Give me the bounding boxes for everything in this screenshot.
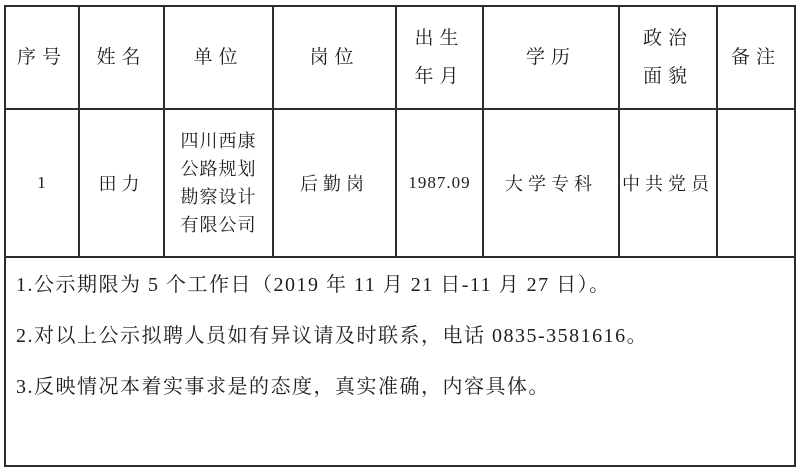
table-row: 1 田力 四川西康 公路规划 勘察设计 有限公司 后勤岗 1987.09 大学专…	[5, 109, 795, 257]
table-header-row: 序号 姓名 单位 岗位 出生 年月 学历 政治 面貌 备注	[5, 6, 795, 109]
cell-serial: 1	[5, 109, 79, 257]
notes-cell: 1.公示期限为 5 个工作日（2019 年 11 月 21 日-11 月 27 …	[5, 257, 795, 466]
header-cell-serial: 序号	[5, 6, 79, 109]
announcement-sheet: 序号 姓名 单位 岗位 出生 年月 学历 政治 面貌 备注 1 田力 四川西康 …	[0, 0, 800, 474]
note-contact-phone: 2.对以上公示拟聘人员如有异议请及时联系，电话 0835-3581616。	[16, 322, 780, 350]
cell-post: 后勤岗	[273, 109, 396, 257]
header-cell-unit: 单位	[164, 6, 273, 109]
notes-row: 1.公示期限为 5 个工作日（2019 年 11 月 21 日-11 月 27 …	[5, 257, 795, 466]
note-publicity-period: 1.公示期限为 5 个工作日（2019 年 11 月 21 日-11 月 27 …	[16, 271, 780, 299]
header-cell-political-status: 政治 面貌	[619, 6, 717, 109]
note-feedback-policy: 3.反映情况本着实事求是的态度，真实准确，内容具体。	[16, 373, 780, 401]
header-cell-post: 岗位	[273, 6, 396, 109]
cell-remark	[717, 109, 795, 257]
cell-political-status: 中共党员	[619, 109, 717, 257]
header-cell-birth-date: 出生 年月	[396, 6, 483, 109]
cell-education: 大学专科	[483, 109, 619, 257]
header-cell-name: 姓名	[79, 6, 164, 109]
cell-unit: 四川西康 公路规划 勘察设计 有限公司	[164, 109, 273, 257]
cell-birth-date: 1987.09	[396, 109, 483, 257]
cell-name: 田力	[79, 109, 164, 257]
personnel-roster-table: 序号 姓名 单位 岗位 出生 年月 学历 政治 面貌 备注 1 田力 四川西康 …	[4, 5, 796, 467]
header-cell-education: 学历	[483, 6, 619, 109]
header-cell-remark: 备注	[717, 6, 795, 109]
